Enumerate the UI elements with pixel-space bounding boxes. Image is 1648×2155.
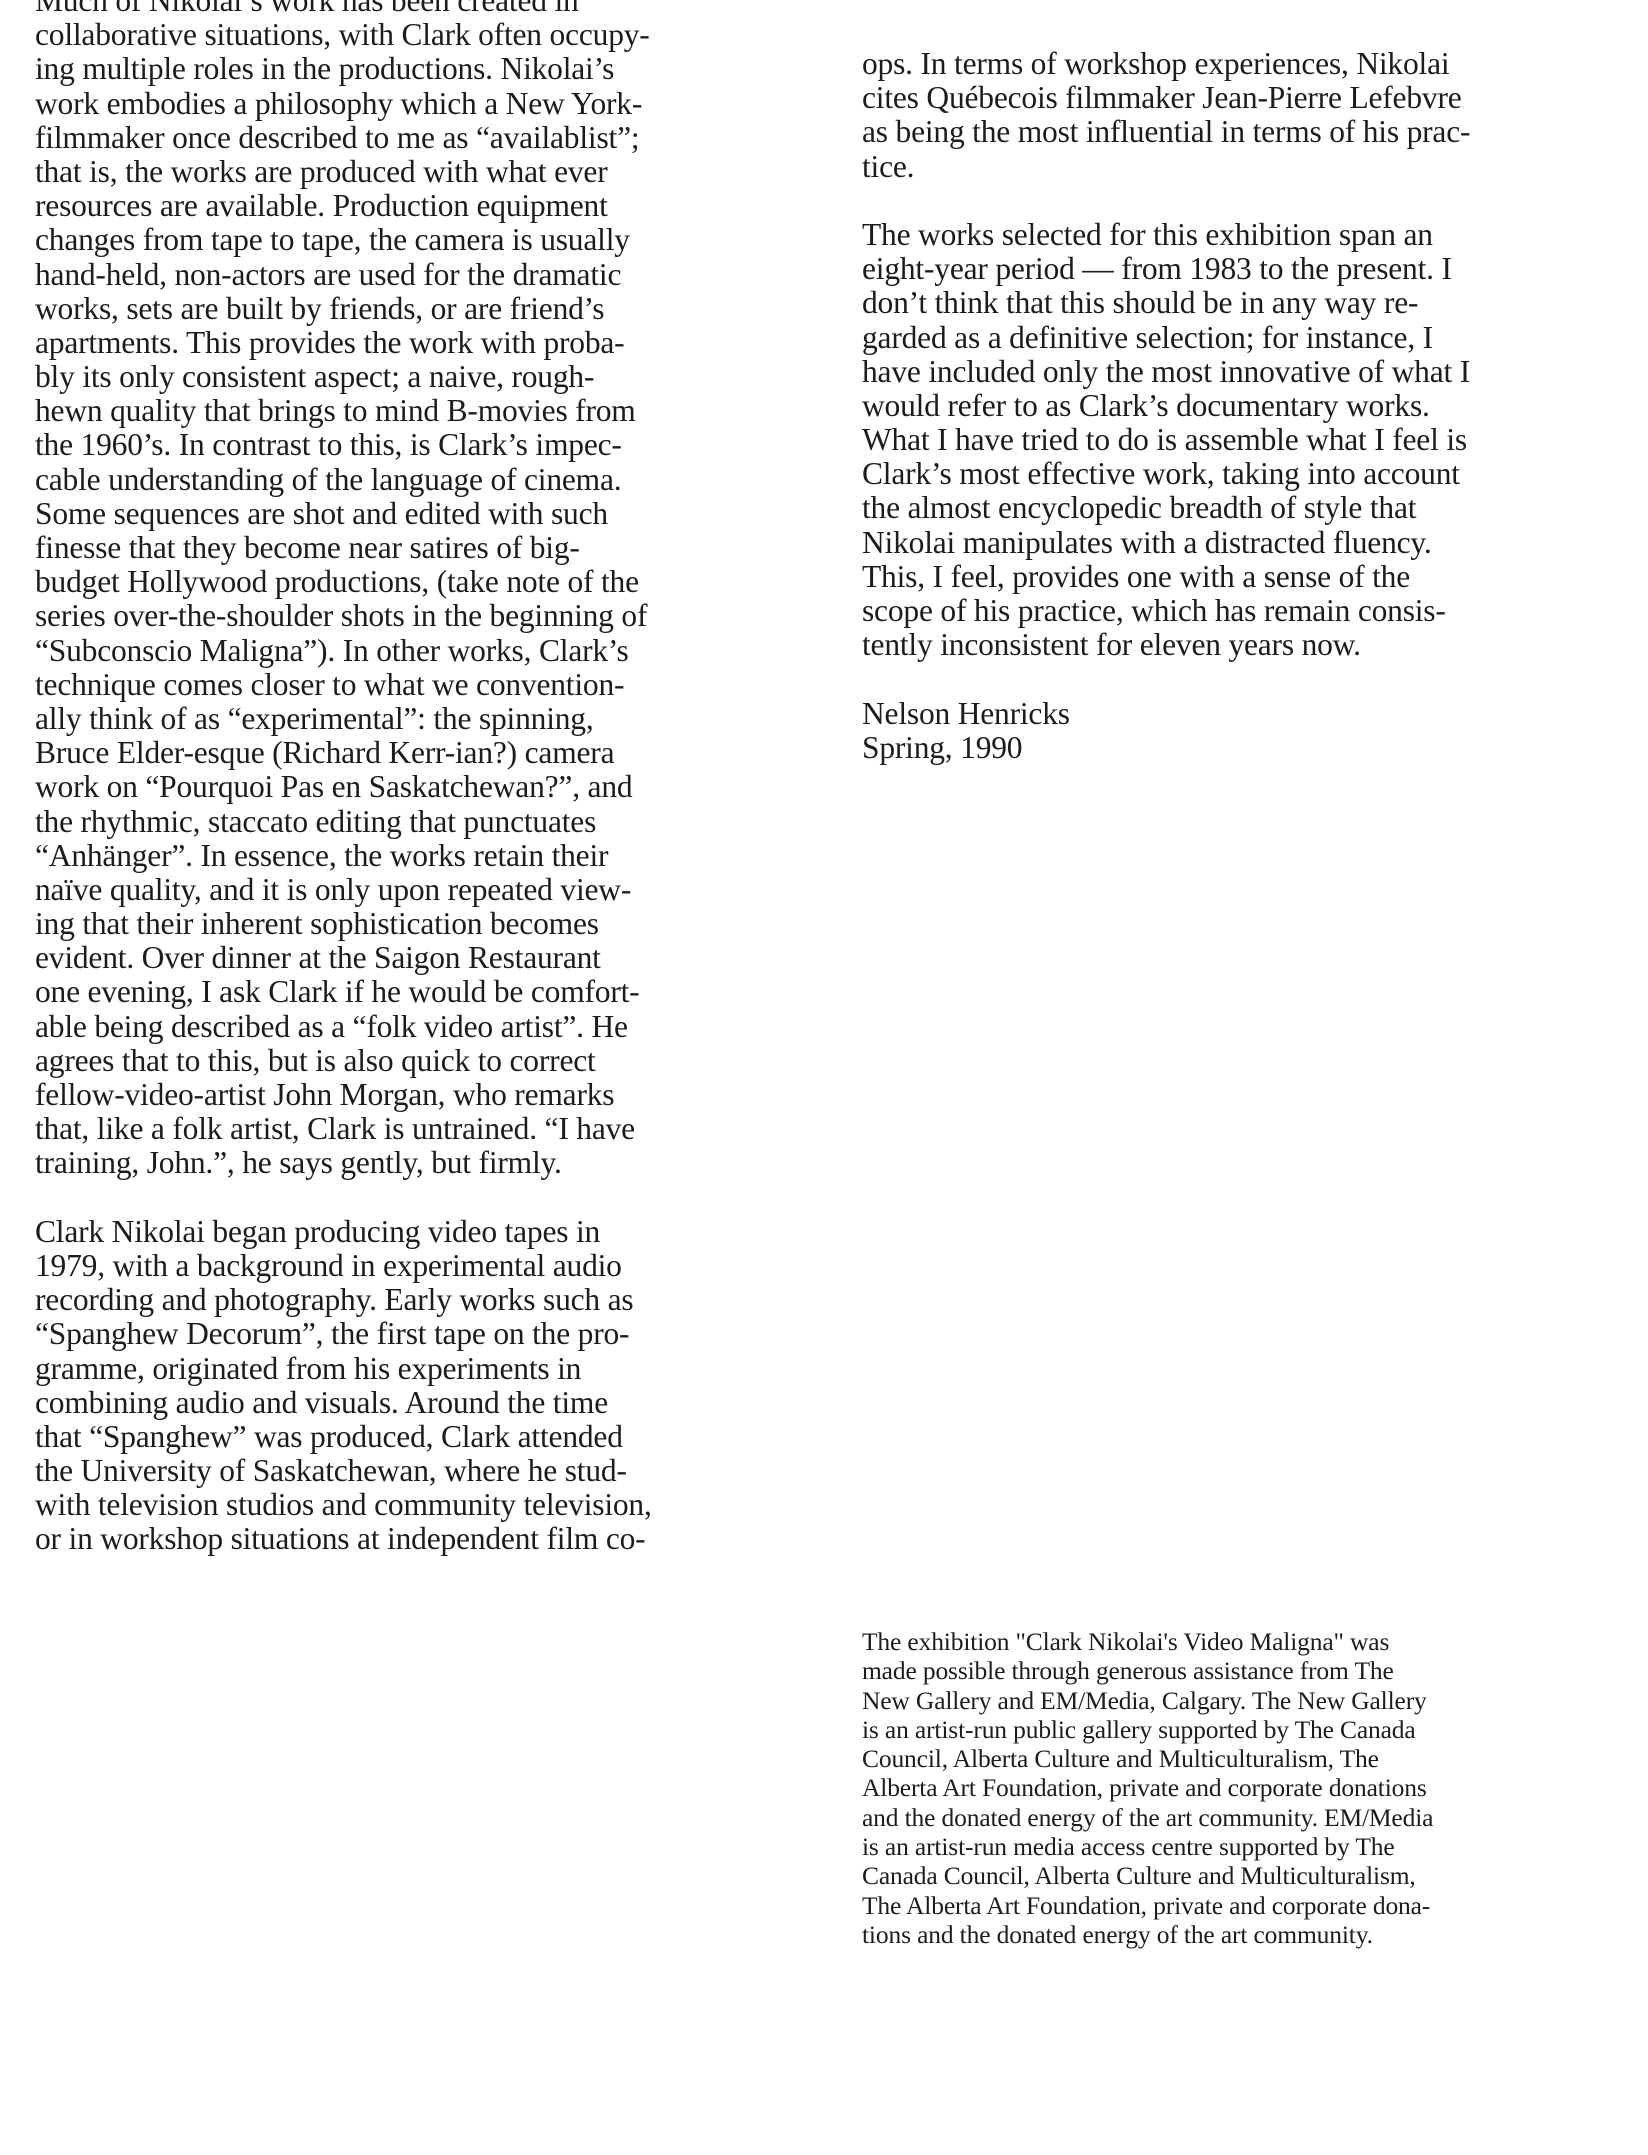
text-line: that is, the works are produced with wha… [35,155,825,189]
paragraph-gap [862,184,1642,218]
text-line: recording and photography. Early works s… [35,1283,825,1317]
credits-line: is an artist-run public gallery supporte… [862,1715,1642,1744]
text-line: cites Québecois filmmaker Jean-Pierre Le… [862,81,1642,115]
text-line: filmmaker once described to me as “avail… [35,121,825,155]
text-line: changes from tape to tape, the camera is… [35,223,825,257]
text-line: cable understanding of the language of c… [35,463,825,497]
text-line: budget Hollywood productions, (take note… [35,565,825,599]
text-line: able being described as a “folk video ar… [35,1010,825,1044]
text-line: the almost encyclopedic breadth of style… [862,491,1642,525]
text-line: ing that their inherent sophistication b… [35,907,825,941]
text-line: work on “Pourquoi Pas en Saskatchewan?”,… [35,770,825,804]
text-line: that “Spanghew” was produced, Clark atte… [35,1420,825,1454]
text-line: The works selected for this exhibition s… [862,218,1642,252]
text-line: evident. Over dinner at the Saigon Resta… [35,941,825,975]
text-line: work embodies a philosophy which a New Y… [35,87,825,121]
text-line: finesse that they become near satires of… [35,531,825,565]
text-line: “Spanghew Decorum”, the first tape on th… [35,1317,825,1351]
essay-paragraph-1: Much of Nikolai’s work has been created … [35,0,825,1181]
text-line: don’t think that this should be in any w… [862,286,1642,320]
text-line: combining audio and visuals. Around the … [35,1386,825,1420]
text-line: tice. [862,150,1642,184]
text-line: “Anhänger”. In essence, the works retain… [35,839,825,873]
left-column: Much of Nikolai’s work has been created … [35,0,825,1557]
text-line: works, sets are built by friends, or are… [35,292,825,326]
paragraph-gap [862,662,1642,696]
text-line: hand-held, non-actors are used for the d… [35,258,825,292]
text-line: gramme, originated from his experiments … [35,1352,825,1386]
text-line: scope of his practice, which has remain … [862,594,1642,628]
text-line: “Subconscio Maligna”). In other works, C… [35,634,825,668]
signature-block: Nelson Henricks Spring, 1990 [862,697,1642,765]
credits-line: Alberta Art Foundation, private and corp… [862,1773,1642,1802]
text-line: What I have tried to do is assemble what… [862,423,1642,457]
text-line: or in workshop situations at independent… [35,1522,825,1556]
text-line: ing multiple roles in the productions. N… [35,52,825,86]
text-line: technique comes closer to what we conven… [35,668,825,702]
text-line: apartments. This provides the work with … [35,326,825,360]
text-line: resources are available. Production equi… [35,189,825,223]
text-line: 1979, with a background in experimental … [35,1249,825,1283]
essay-paragraph-2: Clark Nikolai began producing video tape… [35,1215,825,1557]
text-line: This, I feel, provides one with a sense … [862,560,1642,594]
essay-paragraph-3: ops. In terms of workshop experiences, N… [862,47,1642,184]
credits-line: Council, Alberta Culture and Multicultur… [862,1744,1642,1773]
text-line: have included only the most innovative o… [862,355,1642,389]
text-line-partial: Much of Nikolai’s work has been created … [35,0,825,18]
text-line: Clark Nikolai began producing video tape… [35,1215,825,1249]
text-line: training, John.”, he says gently, but fi… [35,1146,825,1180]
credits-line: is an artist-run media access centre sup… [862,1832,1642,1861]
text-line: that, like a folk artist, Clark is untra… [35,1112,825,1146]
credits-line: New Gallery and EM/Media, Calgary. The N… [862,1686,1642,1715]
text-line: the University of Saskatchewan, where he… [35,1454,825,1488]
text-line: Some sequences are shot and edited with … [35,497,825,531]
text-line: with television studios and community te… [35,1488,825,1522]
author-name: Nelson Henricks [862,697,1642,731]
text-line: would refer to as Clark’s documentary wo… [862,389,1642,423]
text-line: the rhythmic, staccato editing that punc… [35,805,825,839]
text-line: ally think of as “experimental”: the spi… [35,702,825,736]
essay-paragraph-4: The works selected for this exhibition s… [862,218,1642,662]
text-line: ops. In terms of workshop experiences, N… [862,47,1642,81]
text-line: as being the most influential in terms o… [862,115,1642,149]
text-line: bly its only consistent aspect; a naive,… [35,360,825,394]
credits-line: The Alberta Art Foundation, private and … [862,1891,1642,1920]
text-line: one evening, I ask Clark if he would be … [35,975,825,1009]
text-line: collaborative situations, with Clark oft… [35,18,825,52]
credits-line: and the donated energy of the art commun… [862,1803,1642,1832]
credits-line: made possible through generous assistanc… [862,1656,1642,1685]
text-line: Bruce Elder-esque (Richard Kerr-ian?) ca… [35,736,825,770]
text-line: garded as a definitive selection; for in… [862,321,1642,355]
text-line: fellow-video-artist John Morgan, who rem… [35,1078,825,1112]
text-line: hewn quality that brings to mind B-movie… [35,394,825,428]
credits-line: tions and the donated energy of the art … [862,1920,1642,1949]
signature-date: Spring, 1990 [862,731,1642,765]
text-line: the 1960’s. In contrast to this, is Clar… [35,428,825,462]
text-line: tently inconsistent for eleven years now… [862,628,1642,662]
paragraph-gap [35,1181,825,1215]
text-line: Clark’s most effective work, taking into… [862,457,1642,491]
text-line: series over-the-shoulder shots in the be… [35,599,825,633]
text-line: agrees that to this, but is also quick t… [35,1044,825,1078]
credits-line: The exhibition "Clark Nikolai's Video Ma… [862,1627,1642,1656]
text-line: Nikolai manipulates with a distracted fl… [862,526,1642,560]
credits-note: The exhibition "Clark Nikolai's Video Ma… [862,1627,1642,1949]
right-column: ops. In terms of workshop experiences, N… [862,47,1642,765]
credits-line: Canada Council, Alberta Culture and Mult… [862,1861,1642,1890]
text-line: naïve quality, and it is only upon repea… [35,873,825,907]
text-line: eight-year period — from 1983 to the pre… [862,252,1642,286]
